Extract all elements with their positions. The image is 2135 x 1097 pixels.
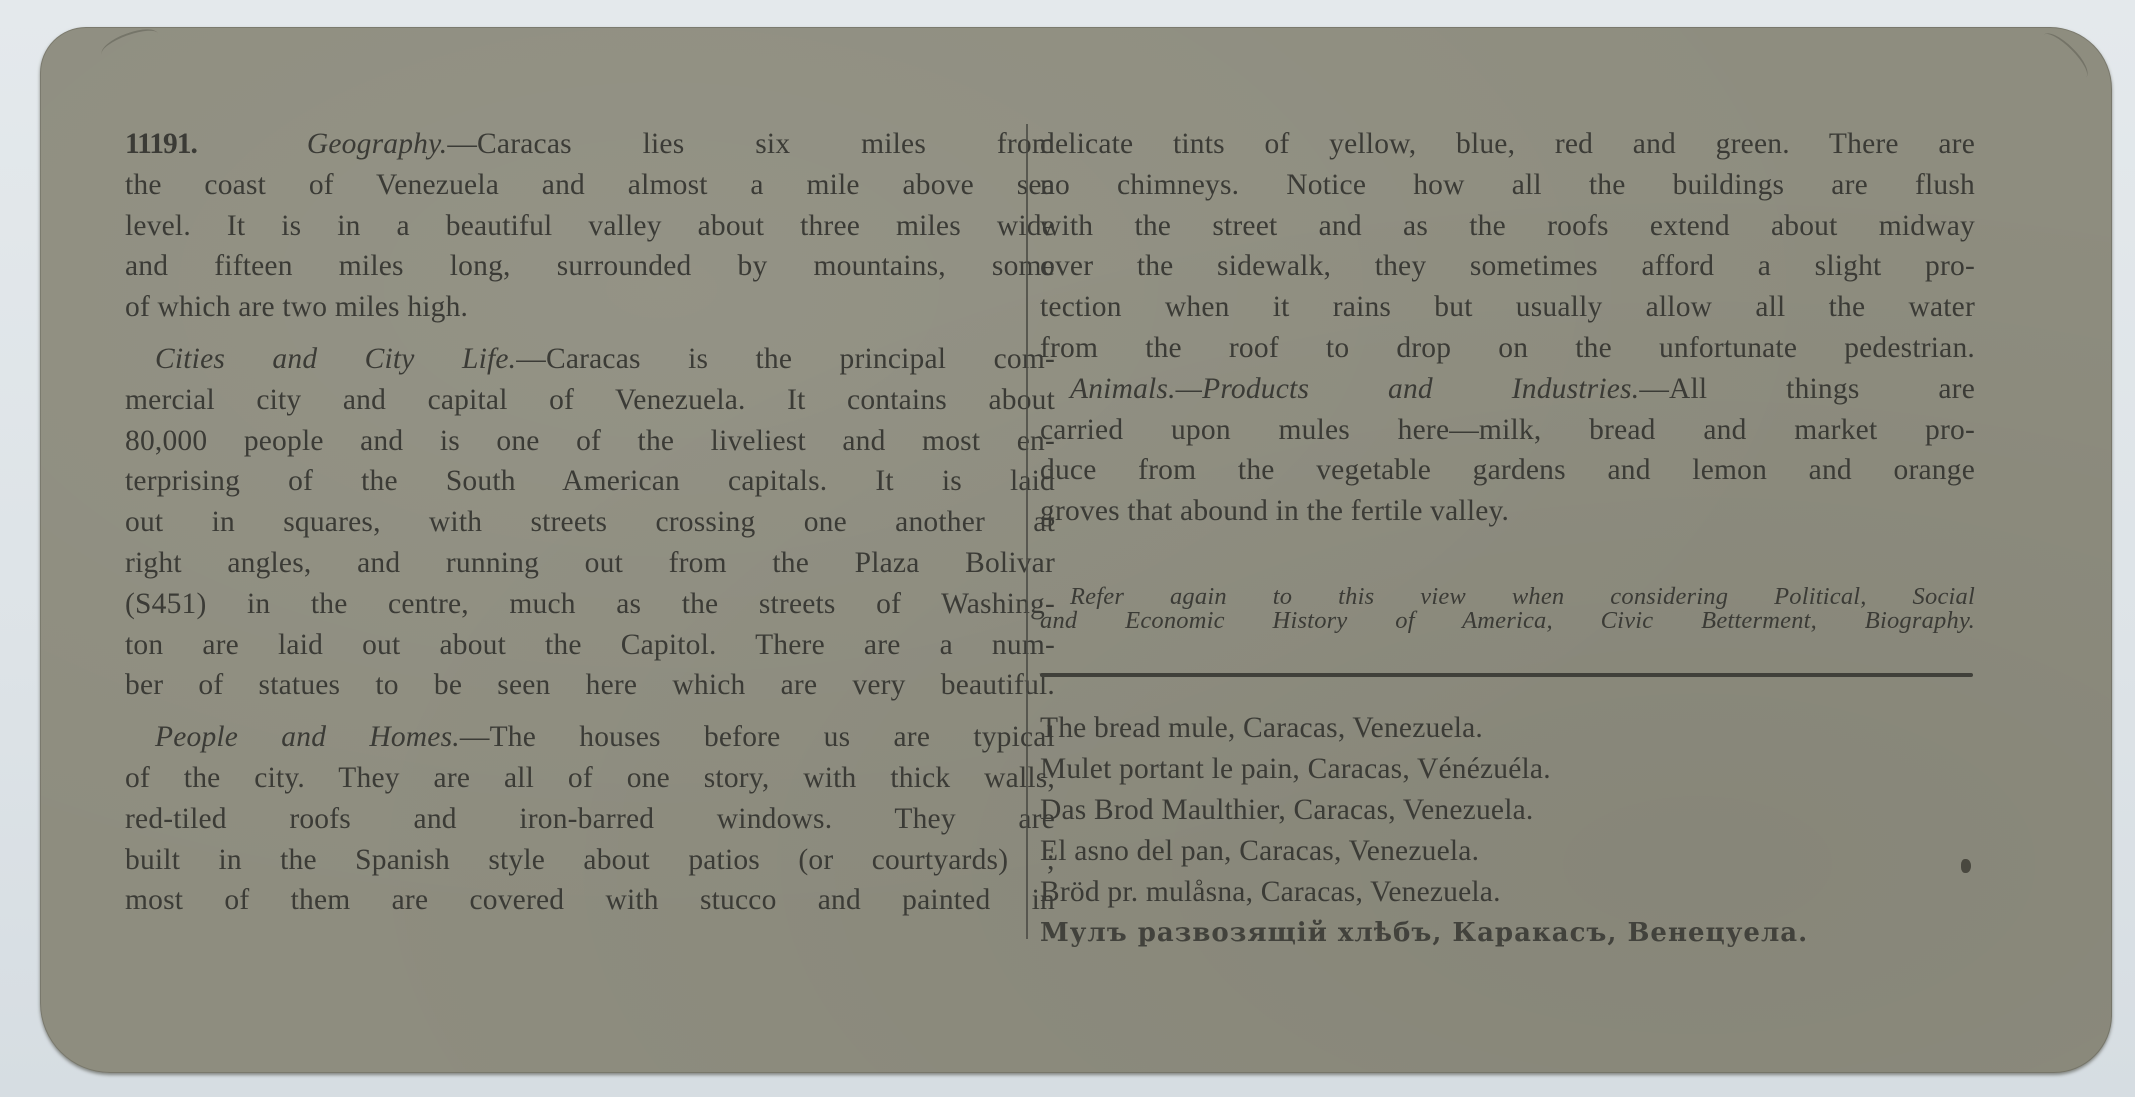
- text-line: tection when it rains but usually allow …: [1040, 287, 1975, 328]
- text-line: no chimneys. Notice how all the building…: [1040, 165, 1975, 206]
- paragraph-geography: 11191.Geography.—Caracas lies six miles …: [125, 124, 1055, 328]
- text-line: and fifteen miles long, surrounded by mo…: [125, 246, 1055, 287]
- refer-line: Refer again to this view when considerin…: [1040, 585, 1975, 609]
- text-line: terprising of the South American capital…: [125, 461, 1055, 502]
- text-line: delicate tints of yellow, blue, red and …: [1040, 124, 1975, 165]
- caption-spanish: El asno del pan, Caracas, Venezuela.: [1040, 831, 1940, 872]
- text-line: Cities and City Life.—Caracas is the pri…: [125, 339, 1055, 380]
- text-line: People and Homes.—The houses before us a…: [125, 717, 1055, 758]
- text-line: Animals.—Products and Industries.—All th…: [1040, 369, 1975, 410]
- paragraph-people-continued: delicate tints of yellow, blue, red and …: [1040, 124, 1975, 369]
- text-line: of the city. They are all of one story, …: [125, 758, 1055, 799]
- corner-crease-top-left: [98, 23, 162, 64]
- text-line: ton are laid out about the Capitol. Ther…: [125, 625, 1055, 666]
- text-fragment: —Caracas is the principal com-: [516, 343, 1055, 375]
- text-line: groves that abound in the fertile valley…: [1040, 491, 1975, 532]
- section-heading-people: People and Homes.: [155, 721, 460, 753]
- caption-english: The bread mule, Caracas, Venezuela.: [1040, 708, 1940, 749]
- text-line: ber of statues to be seen here which are…: [125, 665, 1055, 706]
- refer-line: and Economic History of America, Civic B…: [1040, 609, 1975, 633]
- text-line: 11191.Geography.—Caracas lies six miles …: [125, 124, 1055, 165]
- column-divider: [1026, 124, 1028, 939]
- text-line: from the roof to drop on the unfortunate…: [1040, 328, 1975, 369]
- text-line: the coast of Venezuela and almost a mile…: [125, 165, 1055, 206]
- text-line: over the sidewalk, they sometimes afford…: [1040, 246, 1975, 287]
- text-line: most of them are covered with stucco and…: [125, 880, 1055, 921]
- paragraph-animals: Animals.—Products and Industries.—All th…: [1040, 369, 1975, 532]
- text-line: 80,000 people and is one of the livelies…: [125, 421, 1055, 462]
- caption-russian: Мулъ развозящій хлѣбъ, Каракасъ, Венецуе…: [1040, 913, 1940, 954]
- text-line: (S451) in the centre, much as the street…: [125, 584, 1055, 625]
- corner-crease-top-right: [2036, 27, 2094, 85]
- section-heading-geography: Geography.: [307, 128, 447, 160]
- text-line: with the street and as the roofs extend …: [1040, 206, 1975, 247]
- text-fragment: —The houses before us are typical: [460, 721, 1055, 753]
- left-column: 11191.Geography.—Caracas lies six miles …: [125, 124, 1055, 921]
- section-heading-animals: Animals.—Products and Industries.: [1070, 373, 1639, 405]
- multilingual-captions: The bread mule, Caracas, Venezuela. Mule…: [1040, 708, 1940, 954]
- text-line: level. It is in a beautiful valley about…: [125, 206, 1055, 247]
- caption-german: Das Brod Maulthier, Caracas, Venezuela.: [1040, 790, 1940, 831]
- caption-swedish: Bröd pr. mulåsna, Caracas, Venezuela.: [1040, 872, 1940, 913]
- ink-spot-blemish: [1961, 859, 1971, 873]
- text-line: built in the Spanish style about patios …: [125, 840, 1055, 881]
- text-line: red-tiled roofs and iron-barred windows.…: [125, 799, 1055, 840]
- text-line: of which are two miles high.: [125, 287, 1055, 328]
- text-line: carried upon mules here—milk, bread and …: [1040, 410, 1975, 451]
- paragraph-gap: [125, 328, 1055, 339]
- section-heading-cities: Cities and City Life.: [155, 343, 516, 375]
- view-number: 11191.: [125, 128, 197, 160]
- right-column: delicate tints of yellow, blue, red and …: [1040, 124, 1975, 532]
- text-line: right angles, and running out from the P…: [125, 543, 1055, 584]
- text-fragment: —All things are: [1639, 373, 1975, 405]
- horizontal-rule: [1040, 673, 1973, 677]
- refer-note: Refer again to this view when considerin…: [1040, 585, 1975, 633]
- paragraph-people: People and Homes.—The houses before us a…: [125, 717, 1055, 921]
- text-line: duce from the vegetable gardens and lemo…: [1040, 450, 1975, 491]
- scanned-stereoview-back: 11191.Geography.—Caracas lies six miles …: [0, 0, 2135, 1097]
- caption-french: Mulet portant le pain, Caracas, Vénézuél…: [1040, 749, 1940, 790]
- text-line: mercial city and capital of Venezuela. I…: [125, 380, 1055, 421]
- text-line: out in squares, with streets crossing on…: [125, 502, 1055, 543]
- paragraph-gap: [125, 706, 1055, 717]
- text-fragment: —Caracas lies six miles from: [447, 128, 1055, 160]
- paragraph-cities: Cities and City Life.—Caracas is the pri…: [125, 339, 1055, 706]
